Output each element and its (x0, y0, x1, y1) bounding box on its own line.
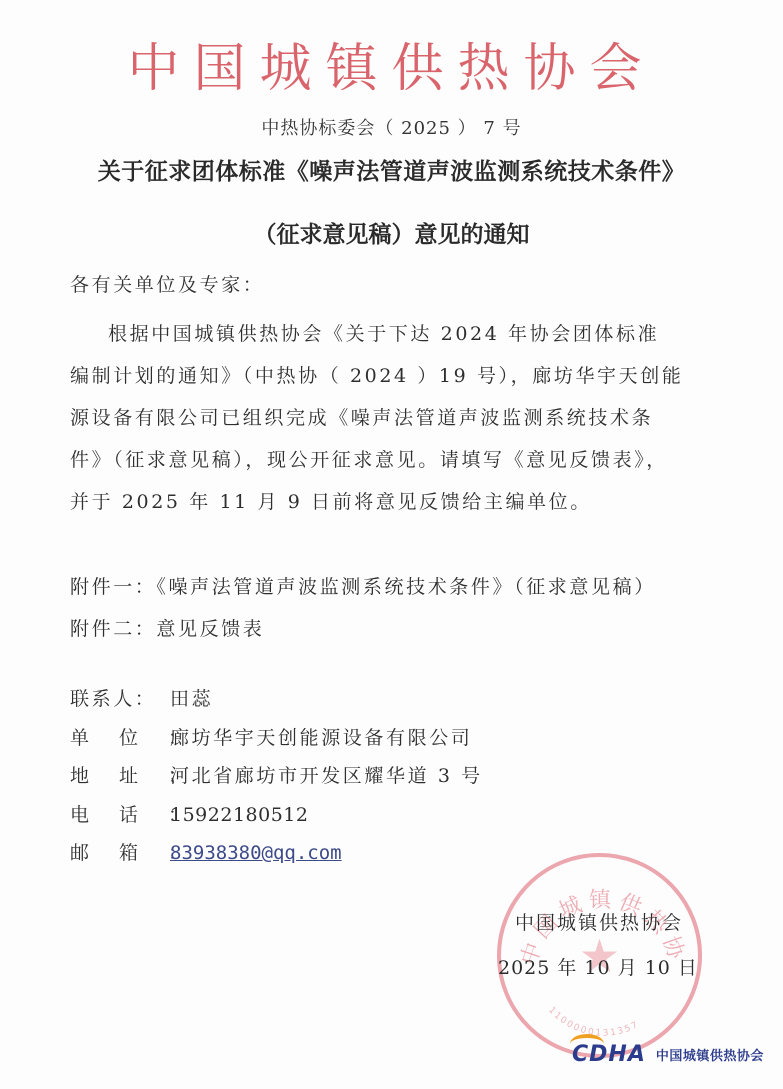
contact-phone-label: 电话： (70, 796, 170, 835)
salutation: 各有关单位及专家： (70, 270, 720, 297)
document-page: 中国城镇供热协会 中热协标委会（ 2025 ） 7 号 关于征求团体标准《噪声法… (0, 0, 783, 1089)
contact-unit-value: 廊坊华宇天创能源设备有限公司 (170, 719, 472, 758)
contact-unit-label: 单位： (70, 719, 170, 758)
paragraph-line: 根据中国城镇供热协会《关于下达 2024 年协会团体标准 (70, 313, 720, 355)
paragraph-line: 编制计划的通知》（中热协（ 2024 ）19 号），廊坊华宇天创能 (70, 355, 720, 397)
notice-title-line-2: （征求意见稿）意见的通知 (0, 216, 783, 249)
contact-address-value: 河北省廊坊市开发区耀华道 3 号 (170, 757, 483, 796)
contact-address-label: 地址： (70, 757, 170, 796)
paragraph-line: 并于 2025 年 11 月 9 日前将意见反馈给主编单位。 (70, 481, 720, 523)
contact-block: 联系人： 田蕊 单位： 廊坊华宇天创能源设备有限公司 地址： 河北省廊坊市开发区… (70, 680, 720, 873)
contact-address-row: 地址： 河北省廊坊市开发区耀华道 3 号 (70, 757, 720, 796)
signature-org: 中国城镇供热协会 (515, 908, 683, 935)
contact-phone-row: 电话： 15922180512 (70, 796, 720, 835)
contact-person-label: 联系人： (70, 680, 170, 719)
attachments-list: 附件一：《噪声法管道声波监测系统技术条件》（征求意见稿） 附件二：意见反馈表 (70, 566, 720, 650)
document-number: 中热协标委会（ 2025 ） 7 号 (0, 114, 783, 140)
paragraph-line: 源设备有限公司已组织完成《噪声法管道声波监测系统技术条 (70, 397, 720, 439)
contact-person-row: 联系人： 田蕊 (70, 680, 720, 719)
body-paragraph: 根据中国城镇供热协会《关于下达 2024 年协会团体标准 编制计划的通知》（中热… (70, 313, 720, 523)
footer-logo: CDHA 中国城镇供热协会 (572, 1042, 764, 1067)
attachment-item-1: 附件一：《噪声法管道声波监测系统技术条件》（征求意见稿） (70, 566, 720, 608)
paragraph-line: 件》（征求意见稿），现公开征求意见。请填写《意见反馈表》， (70, 439, 720, 481)
contact-email-link[interactable]: 83938380@qq.com (170, 834, 342, 873)
signature-date: 2025 年 10 月 10 日 (498, 953, 698, 980)
letterhead-org-name: 中国城镇供热协会 (0, 34, 783, 104)
attachment-item-2: 附件二：意见反馈表 (70, 608, 720, 650)
contact-email-label: 邮箱： (70, 834, 170, 873)
cdha-logo-icon: CDHA (572, 1042, 646, 1067)
logo-org-name: 中国城镇供热协会 (656, 1045, 764, 1064)
svg-text:1100000131357: 1100000131357 (546, 1005, 641, 1038)
notice-title-line-1: 关于征求团体标准《噪声法管道声波监测系统技术条件》 (0, 153, 783, 186)
logo-swoosh-icon (570, 1034, 604, 1054)
contact-unit-row: 单位： 廊坊华宇天创能源设备有限公司 (70, 719, 720, 758)
contact-phone-value: 15922180512 (170, 796, 308, 835)
contact-person-value: 田蕊 (170, 680, 213, 719)
